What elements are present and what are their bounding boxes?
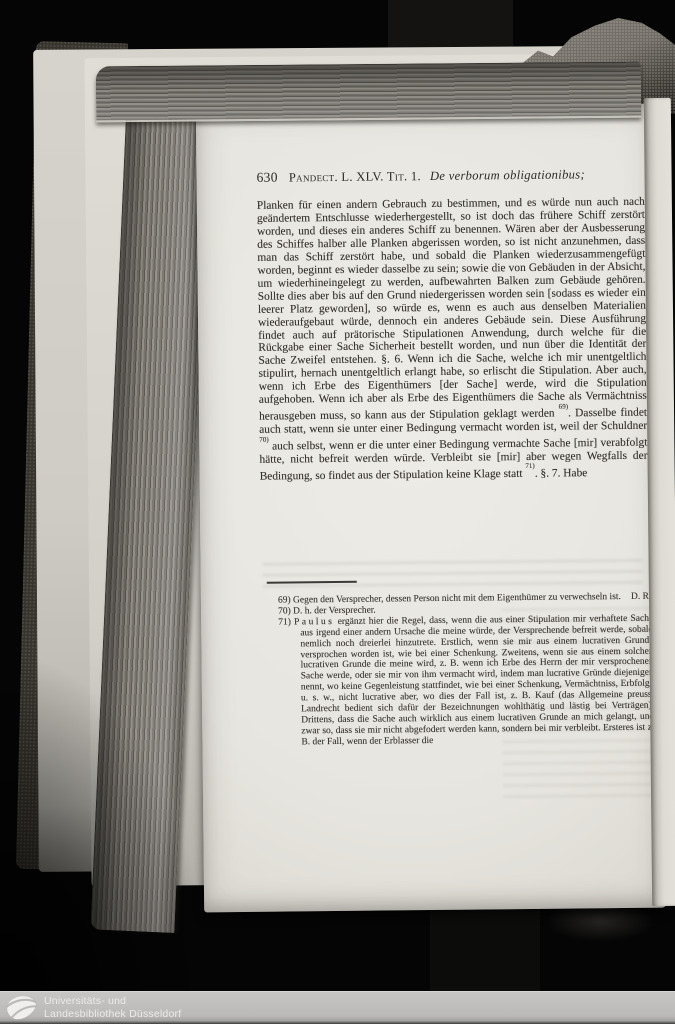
footnotes: 69) Gegen den Versprecher, dessen Person… (261, 592, 655, 749)
footnote-text: D. h. der Versprecher. (293, 605, 376, 616)
library-name: Universitäts- und Landesbibliothek Düsse… (44, 995, 181, 1020)
page-stack-top-edge (96, 62, 641, 123)
footnote-label: 70) (278, 606, 291, 616)
page-curl-glow (545, 908, 655, 942)
library-footer-bar: Universitäts- und Landesbibliothek Düsse… (0, 991, 675, 1024)
page-number: 630 (256, 170, 277, 185)
photo-vignette (0, 640, 220, 1024)
library-name-line1: Universitäts- und (44, 995, 181, 1008)
page-header: 630Pandect. L. XLV. Tit. 1.De verborum o… (256, 166, 644, 186)
footnote-separator (267, 581, 357, 584)
book-scan-view: 630Pandect. L. XLV. Tit. 1.De verborum o… (0, 0, 675, 1024)
running-title: Pandect. L. XLV. Tit. 1. (289, 169, 421, 184)
library-name-line2: Landesbibliothek Düsseldorf (44, 1008, 181, 1021)
library-logo-icon (3, 994, 39, 1023)
show-through-ghost (263, 556, 643, 590)
book-page: 630Pandect. L. XLV. Tit. 1.De verborum o… (196, 104, 666, 913)
body-text: Planken für einen andern Gebrauch zu bes… (257, 196, 648, 483)
footnote-author: Paulus (294, 617, 334, 627)
footnote-71: 71) Paulus ergänzt hier die Regel, dass,… (261, 613, 654, 748)
footnote-text: Gegen den Versprecher, dessen Person nic… (293, 592, 621, 605)
footnote-label: 71) (278, 617, 291, 627)
footnote-label: 69) (278, 595, 291, 605)
running-title-latin: De verborum obligationibus; (430, 167, 585, 183)
background-shadow-block (388, 0, 513, 49)
footnote-text: ergänzt hier die Regel, dass, wenn die a… (300, 613, 654, 747)
